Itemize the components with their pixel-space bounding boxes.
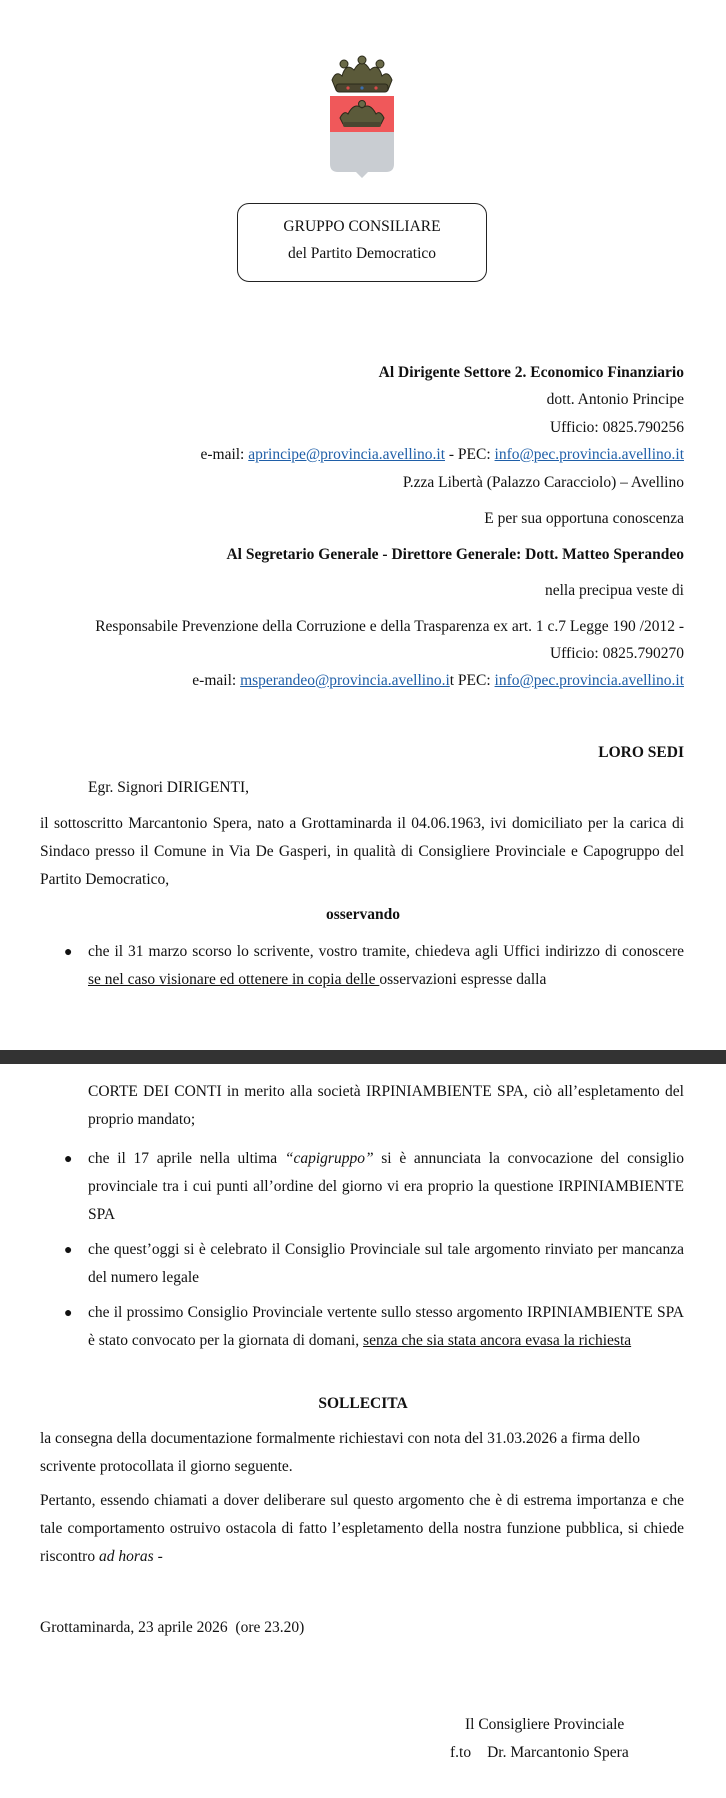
crown-icon	[332, 56, 392, 92]
recipient2-title: Al Segretario Generale - Direttore Gener…	[226, 546, 684, 564]
observing-heading: osservando	[0, 906, 726, 924]
recipient2-office: Ufficio: 0825.790270	[550, 645, 684, 663]
recipient1-contacts: e-mail: aprincipe@provincia.avellino.it …	[200, 446, 684, 464]
recipient1-pec-link[interactable]: info@pec.provincia.avellino.it	[495, 446, 684, 463]
recipient2-pec-link[interactable]: info@pec.provincia.avellino.it	[495, 672, 684, 689]
signature-name: Dr. Marcantonio Spera	[487, 1744, 629, 1761]
pec-label: - PEC:	[445, 446, 495, 463]
bullet-underlined-text: senza che sia stata ancora evasa la rich…	[363, 1332, 631, 1349]
solicit-text: la consegna della documentazione formalm…	[40, 1430, 640, 1475]
bullet-icon: ●	[64, 1243, 72, 1259]
bullet-item-1: che il 31 marzo scorso lo scrivente, vos…	[88, 938, 684, 994]
email-label: e-mail:	[192, 672, 240, 689]
recipient2-email-link[interactable]: msperandeo@provincia.avellino.i	[240, 672, 450, 689]
bullet-item-4: che il prossimo Consiglio Provinciale ve…	[88, 1299, 684, 1355]
bullet-item-3: che quest’oggi si è celebrato il Consigl…	[88, 1236, 684, 1292]
solicit-paragraph: la consegna della documentazione formalm…	[40, 1425, 684, 1481]
bullet-text: CORTE DEI CONTI in merito alla società I…	[88, 1083, 684, 1128]
group-name-line1: GRUPPO CONSILIARE	[238, 213, 486, 240]
solicit-heading: SOLLECITA	[0, 1395, 726, 1413]
signature-prefix: f.to	[450, 1744, 471, 1761]
recipient1-name: dott. Antonio Principe	[547, 391, 684, 409]
recipient2-role-intro: nella precipua veste di	[545, 582, 684, 600]
closing-italic-text: ad horas	[99, 1548, 154, 1565]
intro-paragraph: il sottoscritto Marcantonio Spera, nato …	[40, 810, 684, 894]
cc-intro: E per sua opportuna conoscenza	[484, 510, 684, 528]
recipient1-office: Ufficio: 0825.790256	[550, 419, 684, 437]
bullet-item-1-continuation: CORTE DEI CONTI in merito alla società I…	[88, 1078, 684, 1134]
recipient1-address: P.zza Libertà (Palazzo Caracciolo) – Ave…	[403, 474, 684, 492]
bullet-text: che il 17 aprile nella ultima	[88, 1150, 285, 1167]
bullet-icon: ●	[64, 945, 72, 961]
email-label: e-mail:	[200, 446, 248, 463]
bullet-text: che quest’oggi si è celebrato il Consigl…	[88, 1241, 684, 1286]
closing-paragraph: Pertanto, essendo chiamati a dover delib…	[40, 1487, 684, 1571]
bullet-text: che il 31 marzo scorso lo scrivente, vos…	[88, 943, 684, 960]
group-name-line2: del Partito Democratico	[238, 240, 486, 267]
bullet-italic-text: “capigruppo”	[285, 1150, 374, 1167]
salutation: Egr. Signori DIRIGENTI,	[88, 779, 249, 797]
email-tail: t PEC:	[450, 672, 495, 689]
signature-role: Il Consigliere Provinciale	[465, 1716, 624, 1734]
recipient2-role: Responsabile Prevenzione della Corruzion…	[95, 618, 684, 636]
page-break-separator	[0, 1050, 726, 1064]
bullet-underlined-text: se nel caso visionare ed ottenere in cop…	[88, 971, 379, 988]
bullet-text: osservazioni espresse dalla	[379, 971, 546, 988]
bullet-item-2: che il 17 aprile nella ultima “capigrupp…	[88, 1145, 684, 1229]
recipient1-email-link[interactable]: aprincipe@provincia.avellino.it	[248, 446, 445, 463]
loro-sedi: LORO SEDI	[598, 744, 684, 762]
coat-of-arms-logo	[326, 52, 398, 182]
recipient1-title: Al Dirigente Settore 2. Economico Finanz…	[379, 364, 684, 382]
bullet-icon: ●	[64, 1152, 72, 1168]
intro-text: il sottoscritto Marcantonio Spera, nato …	[40, 815, 684, 888]
closing-text: -	[154, 1548, 163, 1565]
bullet-icon: ●	[64, 1306, 72, 1322]
group-name-box: GRUPPO CONSILIARE del Partito Democratic…	[237, 203, 487, 282]
signature-line: f.toDr. Marcantonio Spera	[450, 1744, 629, 1762]
recipient2-contacts: e-mail: msperandeo@provincia.avellino.it…	[192, 672, 684, 690]
place-date: Grottaminarda, 23 aprile 2026 (ore 23.20…	[40, 1619, 304, 1637]
